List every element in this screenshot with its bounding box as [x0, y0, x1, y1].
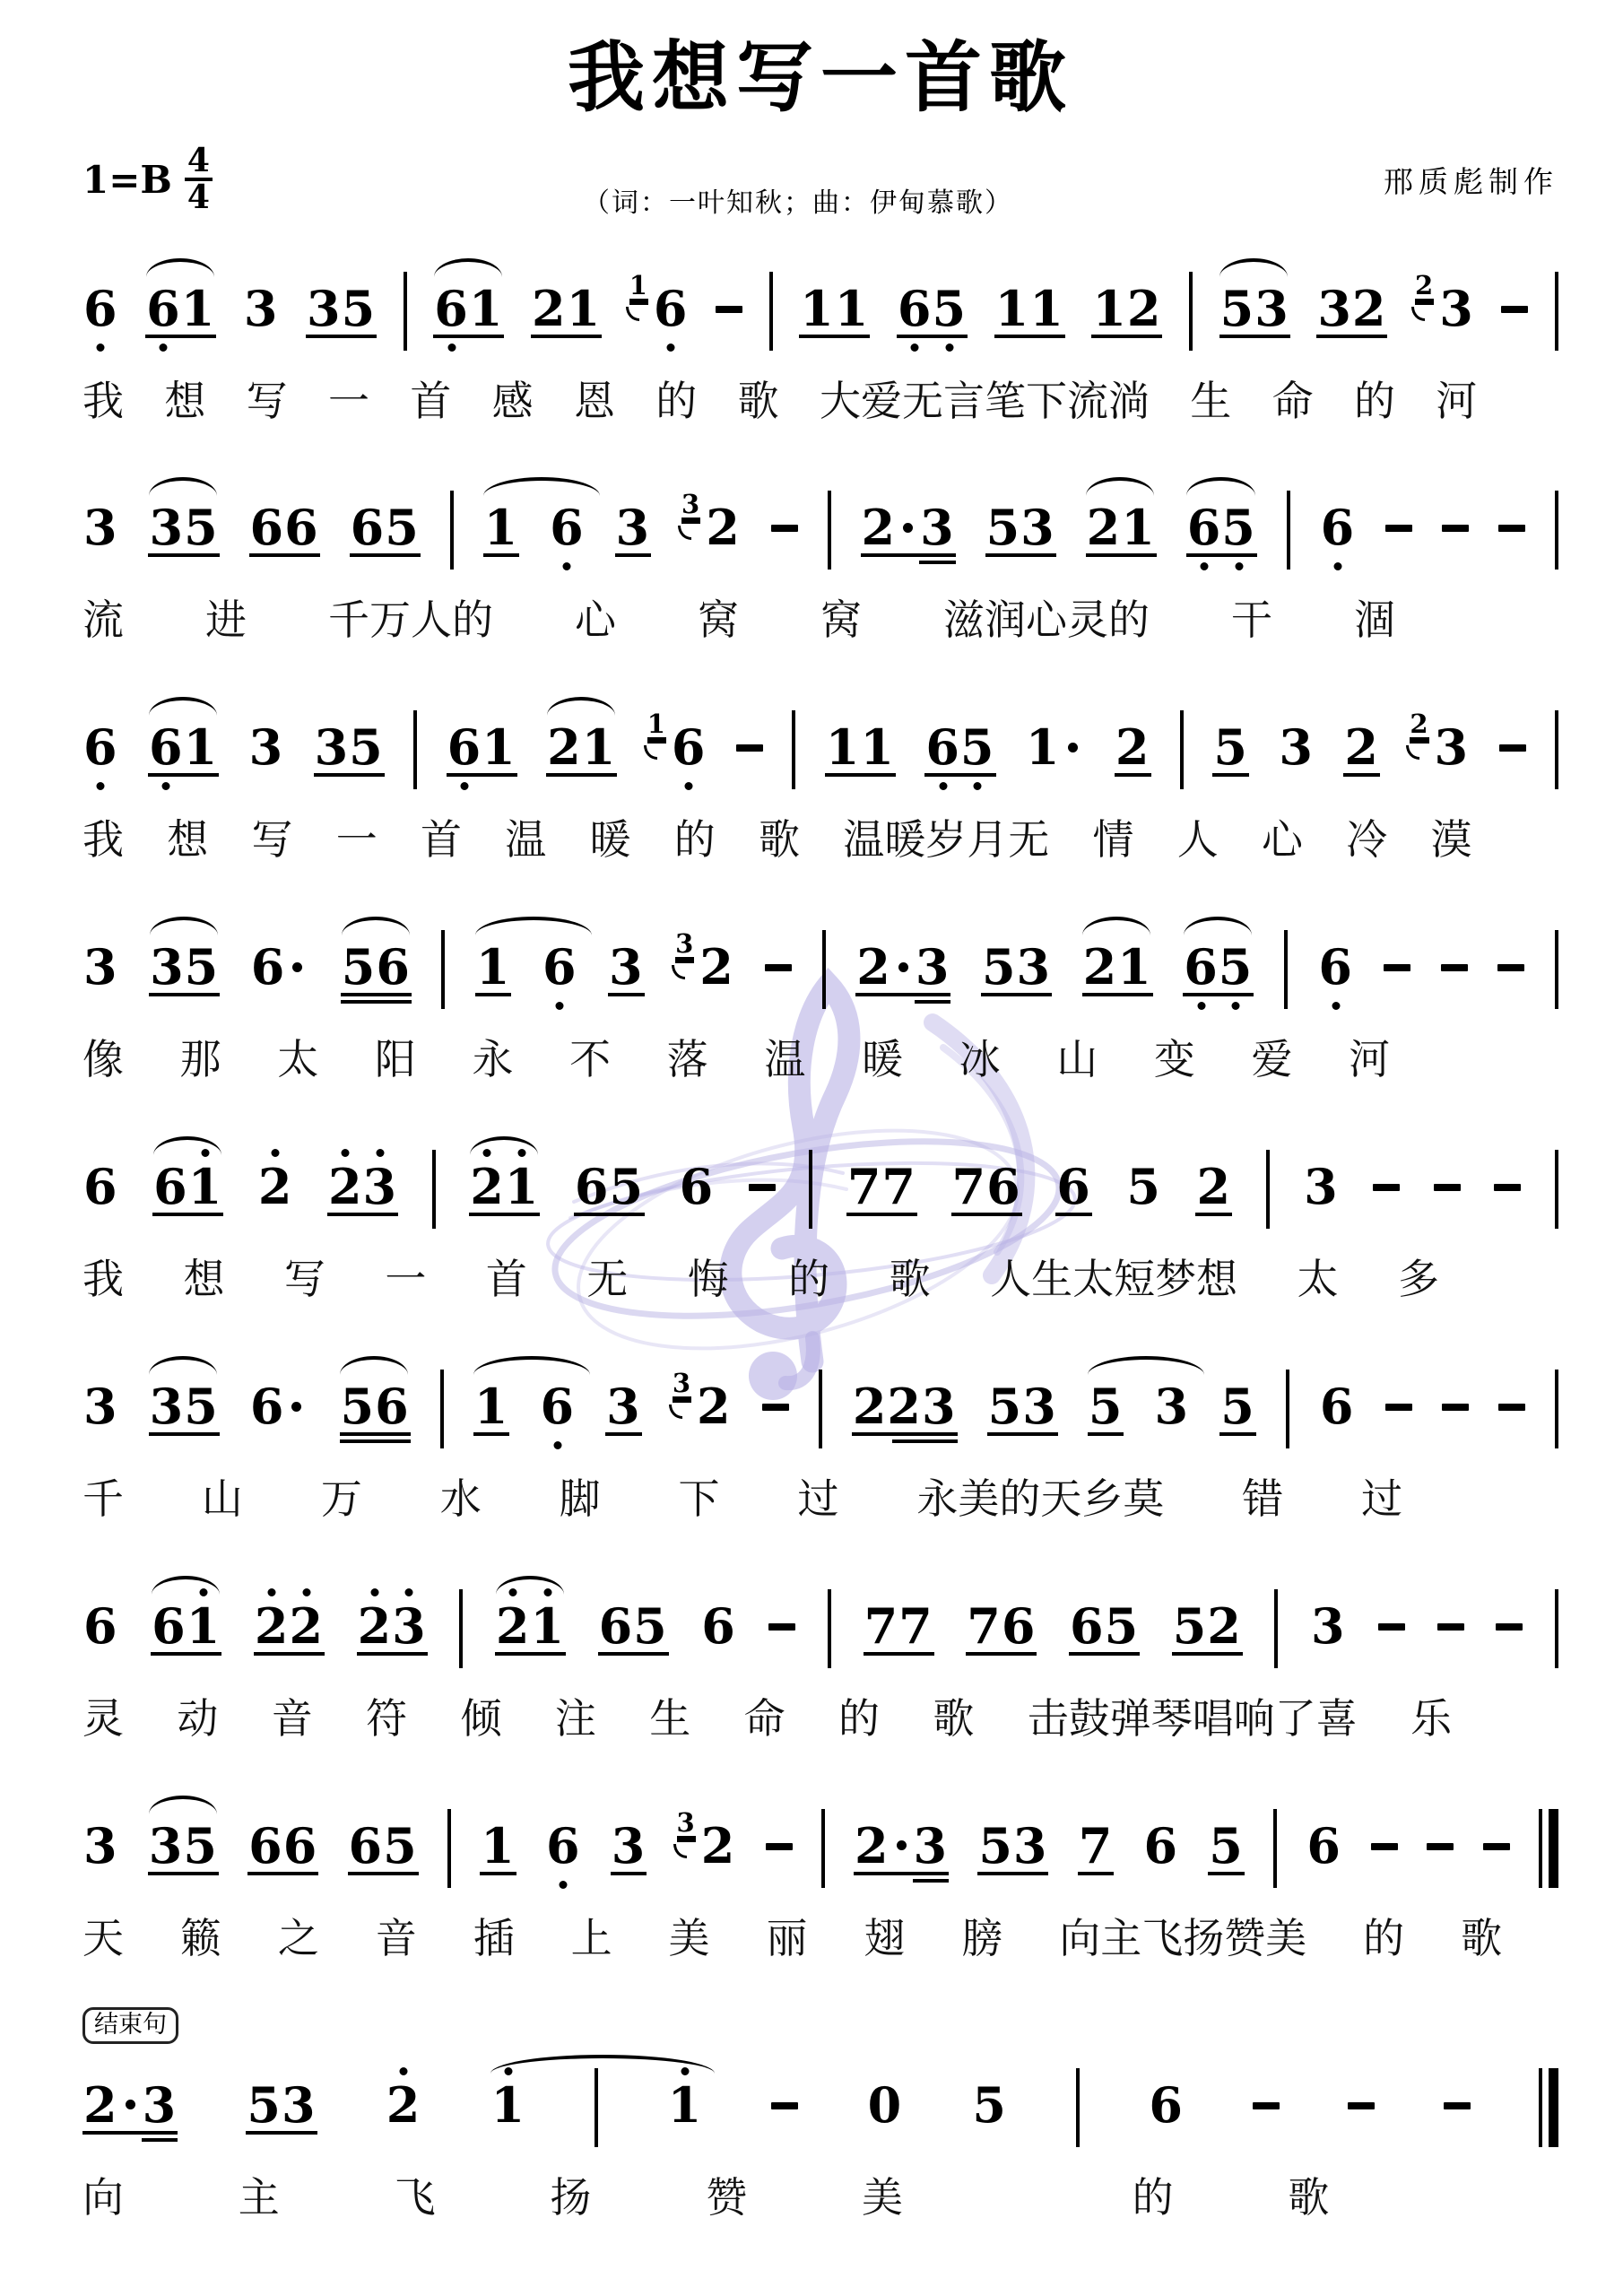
note: 1: [480, 1822, 516, 1875]
note-digit: 5: [342, 284, 377, 333]
note-digit: 7: [952, 1162, 987, 1211]
note-body: 6: [1320, 503, 1357, 552]
duration-dash: [1385, 1404, 1412, 1411]
note-digit: 6: [1149, 2081, 1184, 2129]
music-line-8: 33566651633223537656天籁之音插上美丽翅膀向主飞扬赞美的歌: [82, 1787, 1558, 1962]
lyric-syllable: 悔: [688, 1256, 729, 1303]
note-digit: 3: [1254, 284, 1289, 333]
note: 56: [341, 943, 412, 1004]
note-digit: 6: [375, 1382, 410, 1431]
notes-row: 66133561211611651112533223: [82, 250, 1558, 378]
tie-arc: [1088, 1356, 1204, 1375]
note-digit: 3: [83, 503, 118, 552]
note: 65: [1186, 503, 1257, 557]
note-digit: 3: [1435, 723, 1470, 771]
note-digit: 6: [250, 1382, 285, 1431]
note-body: 23: [854, 1822, 949, 1875]
duration-dash: [771, 2102, 798, 2109]
duration-dash: [1348, 2102, 1375, 2109]
octave-dot-above: [302, 1588, 310, 1596]
note-digit: 3: [282, 2081, 317, 2129]
lyric-syllable: 太: [1298, 1256, 1339, 1303]
note: 23: [1409, 723, 1470, 771]
note-digit: 1: [476, 943, 511, 991]
note-digit: 1: [469, 284, 504, 333]
note-digit: 6: [599, 1602, 634, 1650]
duration-dash: [1373, 1184, 1400, 1191]
note-body: 35: [306, 284, 377, 338]
lyric-syllable: 膀: [961, 1915, 1002, 1962]
barline: [792, 710, 795, 789]
lyrics-row: 千山万水脚下过永美的天乡莫错过: [82, 1475, 1558, 1523]
note-digit: 6: [1320, 1382, 1355, 1431]
lyric-syllable: 歌: [1461, 1915, 1502, 1962]
note-body: 6: [82, 723, 119, 771]
lyric-syllable: 暖: [862, 1036, 903, 1083]
partial-second-beam: [892, 1439, 958, 1443]
note: 35: [306, 284, 377, 338]
duration-dash: [1497, 964, 1524, 971]
score: 66133561211611651112533223我想写一首感恩的歌大爱无言笔…: [82, 250, 1558, 2222]
lyric-syllable: 生: [649, 1695, 690, 1743]
lyric-syllable: 山: [202, 1475, 243, 1523]
lyric-syllable: 暖: [590, 816, 631, 864]
note-body: 32: [1316, 284, 1387, 338]
barline: [459, 1589, 463, 1668]
octave-dot-below: [911, 344, 919, 352]
note-body: 3: [605, 1382, 642, 1436]
note: 2: [1343, 723, 1380, 777]
duration-dash: [736, 744, 763, 752]
note-digit: 1: [582, 723, 617, 771]
note-digit: 5: [1220, 1382, 1255, 1431]
note: 65: [924, 723, 995, 777]
note-digit: 2: [328, 1162, 363, 1211]
note: 35: [148, 503, 219, 557]
grace-note: 2: [1415, 273, 1434, 299]
lyric-syllable: 落: [667, 1036, 708, 1083]
note-digit: 1: [187, 1602, 221, 1650]
note-digit: 1: [800, 284, 835, 333]
note: 11: [994, 284, 1065, 338]
lyric-syllable: 温暖岁月无: [843, 816, 1049, 864]
barline: [1273, 1809, 1277, 1888]
grace-note: 3: [681, 491, 700, 517]
barline: [1555, 1589, 1558, 1668]
octave-dot-above: [370, 1588, 378, 1596]
note-digit: 6: [153, 1162, 188, 1211]
note: 3: [615, 503, 652, 557]
note-digit: 2: [1087, 503, 1122, 552]
tie-arc: [496, 1576, 564, 1595]
lyric-syllable: 人生太短梦想: [990, 1256, 1237, 1303]
note-digit: 3: [315, 723, 350, 771]
note-body: 6: [540, 1382, 577, 1431]
note-digit: 6: [83, 1602, 118, 1650]
note-digit: 6: [250, 503, 285, 552]
lyric-syllable: 插: [473, 1915, 515, 1962]
tie-arc: [146, 258, 214, 277]
note-digit: 1: [1121, 503, 1156, 552]
note-digit: 6: [149, 723, 184, 771]
note: 6: [542, 943, 578, 991]
note-body: 11: [994, 284, 1065, 338]
lyric-syllable: 首: [486, 1256, 527, 1303]
lyric-syllable: 首: [410, 378, 451, 425]
music-line-5: 6612232165677766523我想写一首无悔的歌人生太短梦想太多: [82, 1128, 1558, 1303]
note: 6: [700, 1602, 737, 1650]
note-body: 3: [82, 943, 119, 991]
tie-arc: [1186, 477, 1254, 496]
lyric-syllable: 乐: [1410, 1695, 1452, 1743]
note-digit: 3: [149, 503, 184, 552]
note-body: 3: [1303, 1162, 1340, 1211]
lyric-syllable: 爱: [1252, 1036, 1293, 1083]
octave-dot-below: [685, 782, 693, 790]
note-digit: 2: [496, 1602, 531, 1650]
score-header: 1=B 4 4 （词：一叶知秋；曲：伊甸慕歌） 邢质彪制作: [82, 144, 1558, 220]
note-body: 2: [257, 1162, 294, 1211]
duration-dash: [762, 1404, 789, 1411]
note-digit: 6: [1306, 1822, 1341, 1870]
duration-dash: [1442, 1404, 1469, 1411]
note: 77: [846, 1162, 917, 1216]
octave-dot-above: [342, 1149, 350, 1157]
note-body: 32: [674, 943, 735, 991]
note-digit: 6: [672, 723, 707, 771]
note-digit: 2: [83, 2081, 118, 2129]
barline: [1189, 272, 1193, 351]
lyric-syllable: 温: [505, 816, 546, 864]
lyric-syllable: 主: [239, 2174, 280, 2222]
lyric-syllable: 首: [421, 816, 462, 864]
note-digit: 3: [83, 943, 118, 991]
duration-dash: [1371, 1843, 1398, 1850]
lyric-syllable: 千: [82, 1475, 124, 1523]
note: 16: [647, 723, 707, 771]
grace-note: 2: [1410, 711, 1428, 737]
octave-dot-above: [405, 1588, 413, 1596]
note-body: 2: [1343, 723, 1380, 777]
tie-arc: [149, 697, 217, 716]
lyric-syllable: 过: [797, 1475, 838, 1523]
note-digit: 2: [1083, 943, 1118, 991]
augmentation-dot: [292, 962, 302, 972]
note-digit: 5: [1173, 1602, 1208, 1650]
note: 32: [676, 1822, 737, 1870]
note: 53: [977, 1822, 1048, 1875]
note-body: 3: [248, 723, 285, 771]
lyric-syllable: 想: [183, 1256, 224, 1303]
duration-dash: [1499, 744, 1526, 752]
note-digit: 2: [1352, 284, 1387, 333]
note-body: 223: [852, 1382, 958, 1436]
note-digit: 6: [1321, 503, 1356, 552]
note: 77: [864, 1602, 934, 1656]
lyric-syllable: 的: [1133, 2174, 1174, 2222]
note-digit: 5: [349, 723, 384, 771]
note: 223: [852, 1382, 958, 1443]
note-digit: 1: [482, 723, 516, 771]
lyric-syllable: 一: [328, 378, 369, 425]
note-digit: 3: [1013, 1822, 1048, 1870]
time-signature: 4 4: [185, 144, 213, 216]
barline: [1555, 1370, 1558, 1448]
note-digit: 2: [386, 2081, 421, 2129]
note-digit: 7: [1079, 1822, 1114, 1870]
note-digit: 2: [697, 1382, 732, 1431]
tie-arc: [473, 1356, 590, 1375]
note-body: 16: [647, 723, 707, 771]
note: 23: [1414, 284, 1475, 333]
note-body: 23: [861, 503, 956, 557]
lyric-syllable: 涸: [1354, 596, 1395, 644]
note: 21: [546, 723, 617, 777]
duration-dash: [1496, 1623, 1523, 1631]
note-digit: 6: [248, 1822, 283, 1870]
final-bar-thick: [1549, 2068, 1558, 2147]
note: 6: [1319, 1382, 1356, 1431]
note-body: 6: [249, 1382, 310, 1431]
note: 6: [82, 1602, 119, 1650]
lyric-syllable: 情: [1093, 816, 1134, 864]
note: 32: [672, 1382, 733, 1431]
note-digit: 2: [532, 284, 567, 333]
music-line-4: 33565616332235321656像那太阳永不落温暖冰山变爱河: [82, 909, 1558, 1083]
note-body: 52: [1172, 1602, 1243, 1656]
tie-arc: [475, 917, 592, 935]
note: 2: [386, 2081, 422, 2129]
final-bar-thin: [1539, 2068, 1542, 2147]
note-digit: 2: [1115, 723, 1150, 771]
note-body: 23: [82, 2081, 178, 2135]
octave-dot-above: [483, 1149, 491, 1157]
note-body: 35: [314, 723, 385, 777]
lyrics-row: 我想写一首无悔的歌人生太短梦想太多: [82, 1256, 1558, 1303]
note-digit: 3: [149, 1822, 184, 1870]
note: 1: [667, 2081, 704, 2129]
note-digit: 6: [986, 1162, 1021, 1211]
duration-dash: [1253, 2102, 1280, 2109]
notes-row: 66133561211611651253223: [82, 689, 1558, 816]
note: 56: [340, 1382, 411, 1443]
octave-dot-below: [97, 782, 105, 790]
note-digit: 5: [1220, 284, 1255, 333]
note-body: 1: [480, 1822, 516, 1875]
note-digit: 3: [307, 284, 342, 333]
octave-dot-below: [939, 782, 947, 790]
barline: [1555, 272, 1558, 351]
lyric-syllable: 籁: [180, 1915, 221, 1962]
note-body: 3: [615, 503, 652, 557]
note: 1: [490, 2081, 527, 2129]
note-digit: 5: [1089, 1382, 1124, 1431]
duration-dash: [765, 964, 792, 971]
octave-dot-below: [447, 344, 456, 352]
lyric-syllable: 歌: [933, 1695, 974, 1743]
rest-note: 0: [867, 2081, 904, 2129]
content: 我想写一首歌 1=B 4 4 （词：一叶知秋；曲：伊甸慕歌） 邢质彪制作 661…: [0, 0, 1623, 2222]
note-digit: 6: [542, 943, 577, 991]
lyric-syllable: 流: [82, 596, 124, 644]
lyric-syllable: 千万人的: [328, 596, 493, 644]
note-body: 53: [1219, 284, 1290, 338]
note-digit: 2: [1196, 1162, 1231, 1211]
final-barline: [1539, 2068, 1558, 2147]
note-body: 21: [469, 1162, 540, 1216]
tie-arc: [1219, 258, 1288, 277]
note-body: 1: [475, 943, 512, 996]
note-digit: 3: [922, 1382, 957, 1431]
note-digit: 0: [868, 2081, 903, 2129]
barline: [1555, 930, 1558, 1009]
note-body: 66: [249, 503, 320, 557]
lyric-syllable: 歌: [890, 1256, 931, 1303]
lyric-syllable: 的: [1354, 378, 1395, 425]
note: 6: [82, 284, 119, 333]
note: 65: [574, 1162, 645, 1216]
note: 53: [981, 943, 1052, 996]
lyrics-row: 天籁之音插上美丽翅膀向主飞扬赞美的歌: [82, 1915, 1558, 1962]
final-barline: [1539, 1809, 1558, 1888]
note: 35: [314, 723, 385, 777]
note-digit: 1: [188, 1162, 223, 1211]
grace-note: 3: [675, 931, 694, 957]
note: 6: [82, 723, 119, 771]
note-body: 6: [700, 1602, 737, 1650]
note-digit: 5: [342, 943, 377, 991]
note-body: 32: [681, 503, 742, 552]
lyric-syllable: 无: [586, 1256, 628, 1303]
duration-dash: [1434, 1184, 1461, 1191]
lyric-syllable: 丽: [766, 1915, 807, 1962]
note-digit: 3: [1439, 284, 1474, 333]
lyric-syllable: 像: [82, 1036, 124, 1083]
note-body: 6: [1055, 1162, 1092, 1216]
note-body: 65: [574, 1162, 645, 1216]
lyric-syllable: 美: [862, 2174, 903, 2222]
lyric-syllable: 永: [473, 1036, 514, 1083]
note: 65: [897, 284, 968, 338]
note: 61: [447, 723, 517, 777]
note-digit: 6: [351, 503, 386, 552]
tie-arc: [153, 1136, 221, 1155]
note: 1: [483, 503, 520, 557]
note: 32: [1316, 284, 1387, 338]
lyric-syllable: 阳: [375, 1036, 416, 1083]
note-digit: 1: [1092, 284, 1127, 333]
note-body: 6: [1143, 1822, 1180, 1870]
partial-second-beam: [919, 561, 955, 564]
lyric-syllable: 歌: [738, 378, 779, 425]
note: 3: [243, 284, 280, 333]
note: 6: [1148, 2081, 1185, 2129]
note-digit: 3: [916, 943, 950, 991]
lyric-syllable: 灵: [82, 1695, 124, 1743]
augmentation-dot: [291, 1402, 301, 1412]
note: 3: [605, 1382, 642, 1436]
note-body: 21: [1082, 943, 1153, 996]
note-digit: 3: [612, 1822, 647, 1870]
note-digit: 2: [255, 1602, 290, 1650]
note-digit: 5: [988, 1382, 1023, 1431]
octave-dot-below: [162, 782, 170, 790]
barline: [440, 1370, 444, 1448]
note: 21: [531, 284, 602, 338]
note: 23: [854, 1822, 949, 1883]
lyrics-row: 流进千万人的心窝窝滋润心灵的干涸: [82, 596, 1558, 644]
note-digit: 5: [341, 1382, 376, 1431]
note: 6: [1306, 1822, 1342, 1870]
barline: [1266, 1150, 1270, 1229]
note-digit: 3: [83, 1382, 118, 1431]
note-body: 5: [971, 2081, 1008, 2129]
lyric-syllable: 的: [838, 1695, 880, 1743]
duration-dash: [771, 525, 798, 532]
note-digit: 5: [982, 943, 1017, 991]
note-digit: 1: [1029, 284, 1064, 333]
note-digit: 1: [505, 1162, 540, 1211]
lyric-syllable: 之: [278, 1915, 319, 1962]
note-digit: 3: [1155, 1382, 1190, 1431]
note-body: 6: [1306, 1822, 1342, 1870]
note-body: 2: [1115, 723, 1151, 777]
lyric-syllable: 飞: [395, 2174, 436, 2222]
note-body: 5: [1125, 1162, 1162, 1211]
note-digit: 2: [855, 1822, 890, 1870]
note-digit: 3: [1017, 943, 1052, 991]
note-digit: 6: [83, 723, 118, 771]
lyric-syllable: 错: [1242, 1475, 1283, 1523]
tie-arc: [152, 1576, 220, 1595]
duration-dash: [1494, 1184, 1521, 1191]
lyric-syllable: 命: [1272, 378, 1314, 425]
note: 66: [249, 503, 320, 557]
lyric-syllable: 人: [1177, 816, 1219, 864]
note: 21: [469, 1162, 540, 1216]
note-digit: 6: [349, 1822, 384, 1870]
note: 22: [254, 1602, 325, 1656]
octave-dot-above: [268, 1588, 276, 1596]
maker-credit: 邢质彪制作: [1384, 159, 1558, 201]
note-digit: 3: [609, 943, 644, 991]
lyric-syllable: 窝: [820, 596, 862, 644]
lyric-syllable: 音: [272, 1695, 313, 1743]
octave-dot-below: [1197, 1002, 1205, 1010]
note-body: 77: [846, 1162, 917, 1216]
barline: [828, 491, 831, 570]
note: 3: [1154, 1382, 1191, 1431]
note-digit: 5: [1219, 943, 1254, 991]
barline: [769, 272, 773, 351]
note-digit: 5: [184, 1382, 219, 1431]
barline: [404, 272, 407, 351]
note: 6: [82, 1162, 119, 1211]
lyric-syllable: 天: [82, 1915, 124, 1962]
note: 5: [1088, 1382, 1124, 1436]
note: 53: [985, 503, 1056, 557]
barline: [1180, 710, 1184, 789]
lyric-syllable: 写: [284, 1256, 325, 1303]
note-body: 61: [151, 1602, 221, 1656]
note-digit: 2: [358, 1602, 393, 1650]
note: 61: [152, 1162, 223, 1216]
note-body: 2: [386, 2081, 422, 2129]
tie-arc: [483, 477, 600, 496]
note-digit: 2: [289, 1602, 324, 1650]
lyric-syllable: 大爱无言笔下流淌: [820, 378, 1150, 425]
note: 2: [257, 1162, 294, 1211]
